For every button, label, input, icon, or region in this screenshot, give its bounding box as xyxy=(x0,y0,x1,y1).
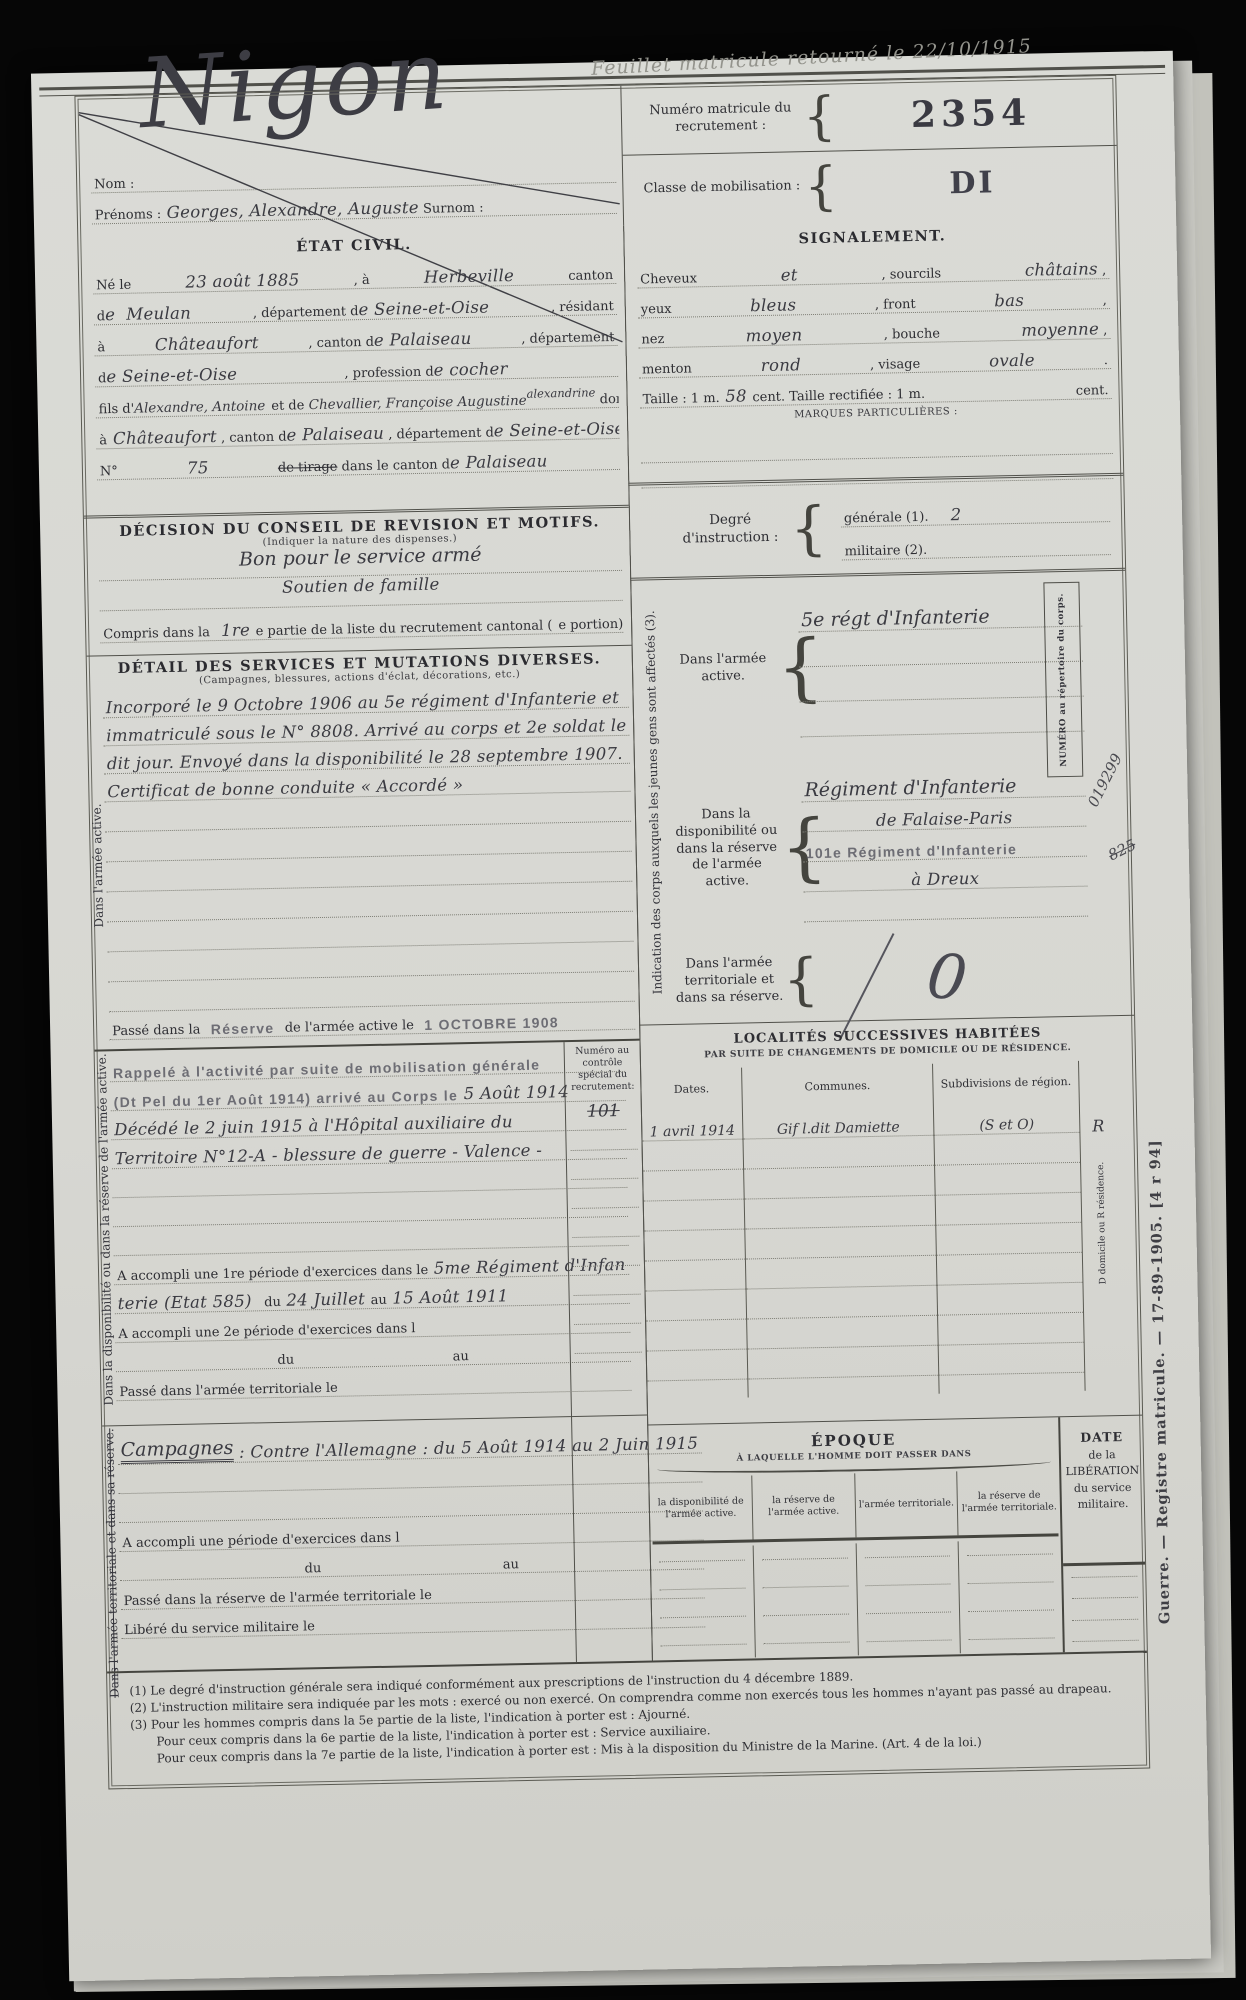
date-col-cells xyxy=(1063,1562,1146,1653)
section-etat-civil: ÉTAT CIVIL. Né le23 août 1885, àHerbevil… xyxy=(78,226,629,519)
dotted-rule-line xyxy=(763,1613,849,1617)
services-body: Dans l'armée active. Incorporé le 9 Octo… xyxy=(87,680,639,1041)
matricule-label: Numéro matricule du recrutement : xyxy=(638,100,804,136)
numero-controle-header: Numéro au contrôle spécial du recrutemen… xyxy=(569,1045,637,1094)
signalement-title: SIGNALEMENT. xyxy=(636,224,1108,250)
corps-disponibilite: Dans la disponibilité ou dans la réserve… xyxy=(671,751,1133,940)
dotted-rule-line xyxy=(763,1641,849,1645)
epoque-col-cells xyxy=(752,1543,857,1657)
section-services: DÉTAIL DES SERVICES ET MUTATIONS DIVERSE… xyxy=(87,646,640,1052)
corps-terr-label: Dans l'armée territoriale et dans sa rés… xyxy=(675,955,784,1008)
dotted-rule-line xyxy=(968,1580,1054,1584)
epoque-column-headers: la disponibilité de l'armée active. la r… xyxy=(649,1469,1060,1541)
services-lines: Incorporé le 9 Octobre 1906 au 5e régime… xyxy=(102,680,641,1041)
empty-cell xyxy=(646,1290,747,1322)
etat-civil-rows: Né le23 août 1885, àHerbevillecanton de … xyxy=(93,253,620,480)
empty-cell xyxy=(938,1313,1084,1346)
dotted-rule-line xyxy=(659,1559,745,1563)
dotted-rule-line xyxy=(865,1554,951,1558)
matricule-row: Numéro matricule du recrutement : { 2354 xyxy=(621,76,1116,155)
empty-cell xyxy=(747,1286,938,1320)
numero-controle-column: Numéro au contrôle spécial du recrutemen… xyxy=(564,1041,652,1662)
degre-militaire-line: militaire (2). xyxy=(841,522,1111,560)
numero-repertoire-box: NUMÉRO au répertoire du corps. xyxy=(1043,582,1083,778)
dotted-rule-line xyxy=(969,1636,1055,1640)
epoque-col-header: l'armée territoriale. xyxy=(854,1471,958,1537)
empty-cell xyxy=(934,1133,1080,1166)
col-dates-header: Dates. xyxy=(641,1068,742,1112)
territ-body: Dans l'armée territoriale et dans sa rés… xyxy=(102,1418,652,1698)
empty-cell xyxy=(746,1256,937,1290)
corps-dispo-label: Dans la disponibilité ou dans la réserve… xyxy=(672,806,782,893)
empty-cell xyxy=(937,1253,1083,1286)
section-degre-instruction: Degré d'instruction : { générale (1). 2 … xyxy=(628,476,1125,581)
classe-value: DI xyxy=(837,163,1108,203)
dotted-rule-line xyxy=(762,1585,848,1589)
dotted-rule-line xyxy=(571,1149,639,1179)
col-domicile-residence: D domicile ou R résidence. R xyxy=(1078,1060,1126,1391)
section-decision: DÉCISION DU CONSEIL DE REVISION ET MOTIF… xyxy=(84,508,632,657)
corps-active-value: 5e régt d'Infanterie xyxy=(798,592,1083,633)
brace-glyph: { xyxy=(783,952,806,1008)
empty-cell xyxy=(748,1346,939,1380)
empty-cell xyxy=(937,1283,1083,1316)
date-col-header: DATE de la LIBÉRATION du service militai… xyxy=(1060,1416,1145,1564)
dotted-rule-line xyxy=(571,1178,639,1208)
section-localites: LOCALITÉS SUCCESSIVES HABITÉES PAR SUITE… xyxy=(639,1016,1142,1426)
epoque-date-column: DATE de la LIBÉRATION du service militai… xyxy=(1060,1416,1146,1653)
empty-cell xyxy=(935,1163,1081,1196)
dotted-rule-line xyxy=(1072,1596,1138,1599)
classe-row: Classe de mobilisation : { DI xyxy=(623,145,1118,225)
empty-cell xyxy=(643,1140,744,1172)
dotted-rule-line xyxy=(866,1638,952,1642)
dotted-rule-line xyxy=(1073,1639,1139,1642)
empty-cell xyxy=(936,1223,1082,1256)
brace-glyph: { xyxy=(790,499,828,558)
empty-cell xyxy=(745,1226,936,1260)
date-cell: 1 avril 1914 xyxy=(642,1110,743,1142)
dotted-rule-line xyxy=(762,1557,848,1561)
subdivision-cell: (S et O) xyxy=(934,1103,1080,1136)
empty-cell xyxy=(644,1200,745,1232)
corps-terr-value: 0 xyxy=(805,946,1090,1007)
commune-cell: Gif l.dit Damiette xyxy=(743,1106,934,1140)
dotted-rule-line xyxy=(660,1615,746,1619)
dotted-rule-line xyxy=(572,1207,640,1237)
dotted-rule-line xyxy=(968,1608,1054,1612)
dotted-rule-line xyxy=(574,1323,642,1353)
dotted-rule-line xyxy=(1072,1575,1138,1578)
section-epoque: ÉPOQUE À LAQUELLE L'HOMME DOIT PASSER DA… xyxy=(647,1416,1147,1661)
signalement-rows: Cheveuxet, sourcilschâtains , yeuxbleus,… xyxy=(637,249,1112,408)
register-page: Feuillet matricule retourné le 22/10/191… xyxy=(31,51,1211,1982)
epoque-col-header: la disponibilité de l'armée active. xyxy=(649,1475,752,1541)
empty-cell xyxy=(939,1343,1085,1376)
dotted-rule-line xyxy=(1072,1617,1138,1620)
empty-cell xyxy=(936,1193,1082,1226)
corps-active-lines: 5e régt d'Infanterie xyxy=(798,592,1085,738)
dotted-rule-line xyxy=(570,1120,638,1150)
brace-glyph: { xyxy=(776,630,799,704)
dotted-rule-line xyxy=(799,662,1084,703)
dotted-rule-line xyxy=(865,1582,951,1586)
epoque-col-cells xyxy=(855,1541,960,1655)
brace-glyph: { xyxy=(780,810,803,884)
dotted-rule-line xyxy=(661,1643,747,1647)
header-matricule-block: Numéro matricule du recrutement : { 2354… xyxy=(620,76,1118,226)
empty-cell xyxy=(745,1196,936,1230)
degre-generale-line: générale (1). 2 xyxy=(840,489,1110,527)
dotted-rule-line xyxy=(798,627,1083,668)
epoque-col-cells xyxy=(651,1545,755,1659)
epoque-main: ÉPOQUE À LAQUELLE L'HOMME DOIT PASSER DA… xyxy=(648,1417,1065,1660)
empty-cell xyxy=(744,1166,935,1200)
dotted-rule-line xyxy=(866,1610,952,1614)
degre-label: Degré d'instruction : xyxy=(670,511,791,548)
dotted-rule-line xyxy=(573,1265,641,1295)
empty-cell xyxy=(643,1170,744,1202)
localites-table: Dates. 1 avril 1914 Communes. Gif l.dit … xyxy=(641,1060,1142,1400)
classe-label: Classe de mobilisation : xyxy=(639,179,804,199)
epoque-col-header: la réserve de l'armée active. xyxy=(751,1473,855,1539)
col-communes-header: Communes. xyxy=(742,1064,933,1110)
form-frame: Nom : Prénoms : Georges, Alexandre, Augu… xyxy=(74,75,1150,1790)
epoque-empty-rows xyxy=(651,1539,1063,1659)
corps-dispo-lines: Régiment d'Infanterie de Falaise-Paris 1… xyxy=(801,767,1088,923)
empty-cell xyxy=(647,1350,748,1382)
dr-cell: R xyxy=(1092,1116,1104,1135)
section-signalement: SIGNALEMENT. Cheveuxet, sourcilschâtains… xyxy=(623,216,1123,486)
dotted-rule-line xyxy=(659,1587,745,1591)
printer-imprint: Guerre. — Registre matricule. — 17-89-19… xyxy=(1145,1061,1175,1701)
empty-cell xyxy=(747,1316,938,1350)
brace-glyph: { xyxy=(804,160,838,213)
degre-rows: générale (1). 2 militaire (2). xyxy=(840,489,1110,560)
epoque-col-header: la réserve de l'armée territoriale. xyxy=(957,1469,1061,1535)
corps-active-label: Dans l'armée active. xyxy=(669,651,778,687)
brace-glyph: { xyxy=(802,90,836,143)
header-name-block: Nom : Prénoms : Georges, Alexandre, Augu… xyxy=(75,86,623,237)
dotted-rule-line xyxy=(804,887,1089,923)
section-territoriale: Dans l'armée territoriale et dans sa rés… xyxy=(102,1416,652,1672)
footnotes: (1) Le degré d'instruction générale sera… xyxy=(107,1651,1149,1789)
col-communes: Communes. Gif l.dit Damiette xyxy=(741,1064,939,1398)
empty-cell xyxy=(646,1320,747,1352)
epoque-col-cells xyxy=(958,1539,1063,1653)
dotted-rule-line xyxy=(572,1236,640,1266)
dotted-rule-line xyxy=(967,1552,1053,1556)
dotted-rule-line xyxy=(574,1294,642,1324)
corps-territoriale: Dans l'armée territoriale et dans sa rés… xyxy=(674,931,1134,1025)
dotted-rule-line xyxy=(800,697,1085,738)
numero-controle-value: 101 xyxy=(570,1100,637,1121)
col-dates: Dates. 1 avril 1914 xyxy=(641,1068,748,1400)
col-subdivisions: Subdivisions de région. (S et O) xyxy=(932,1061,1085,1394)
col-subdivisions-header: Subdivisions de région. xyxy=(933,1061,1079,1106)
empty-cell xyxy=(645,1260,746,1292)
matricule-value: 2354 xyxy=(836,90,1107,137)
empty-cell xyxy=(644,1230,745,1262)
empty-cell xyxy=(744,1136,935,1170)
